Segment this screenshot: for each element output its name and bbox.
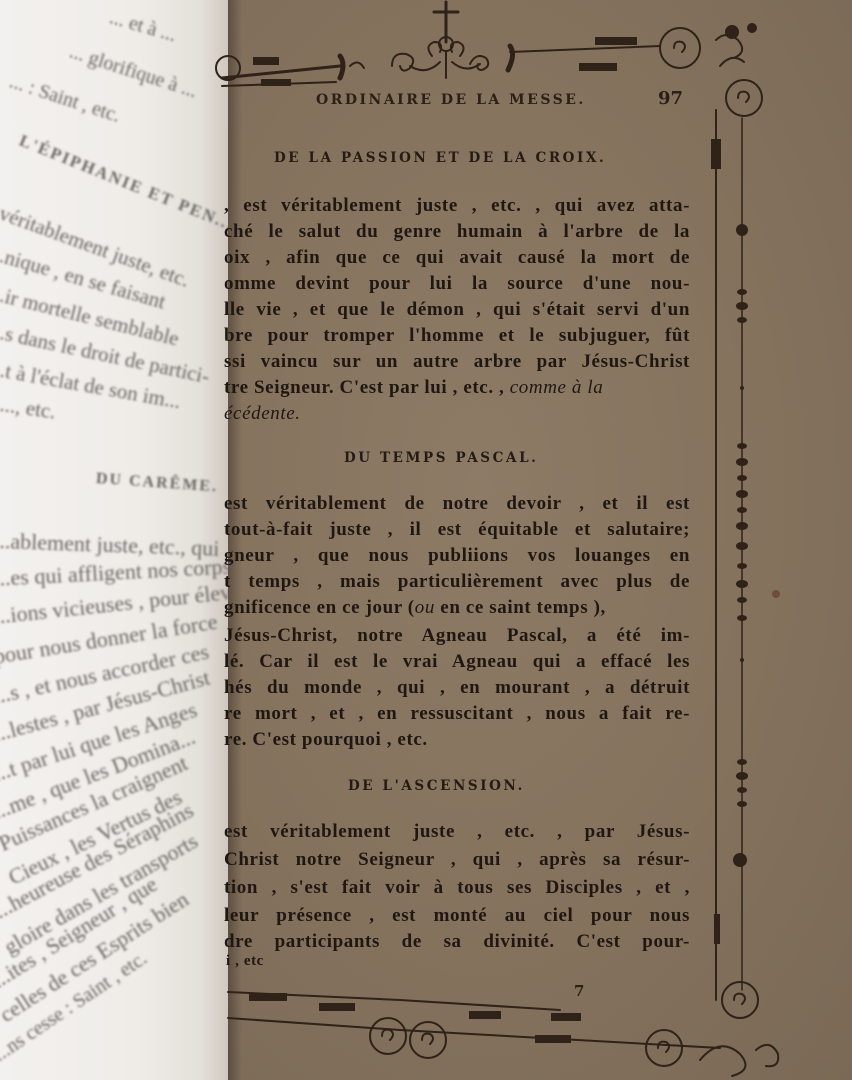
- text-line: ssi vaincu sur un autre arbre par Jésus-…: [224, 352, 690, 371]
- section-title-ascension: DE L'ASCENSION.: [348, 778, 525, 794]
- italic-fragment: comme à la: [510, 377, 604, 398]
- text-line: gnificence en ce jour (ou en ce saint te…: [224, 598, 690, 617]
- text-line: leur présence , est monté au ciel pour n…: [224, 906, 690, 925]
- text-fragment: en ce saint temps ),: [435, 597, 606, 618]
- text-line: tion , s'est fait voir à tous ses Discip…: [224, 878, 690, 897]
- text-line: tre Seigneur. C'est par lui , etc. , com…: [224, 378, 690, 397]
- section-title-passion: DE LA PASSION ET DE LA CROIX.: [274, 150, 606, 166]
- text-line: tout-à-fait juste , il est équitable et …: [224, 520, 690, 539]
- text-line: , est véritablement juste , etc. , qui a…: [224, 196, 690, 215]
- text-line: lé. Car il est le vrai Agneau qui a effa…: [224, 652, 690, 671]
- italic-fragment: écédente.: [224, 403, 301, 424]
- text-line: re. C'est pourquoi , etc.: [224, 730, 690, 749]
- text-line: re mort , et , en ressuscitant , nous a …: [224, 704, 690, 723]
- text-line: bre pour tromper l'homme et le subjuguer…: [224, 326, 690, 345]
- text-line: écédente.: [224, 404, 690, 423]
- running-head: ORDINAIRE DE LA MESSE.: [316, 92, 586, 108]
- text-line: Christ notre Seigneur , qui , après sa r…: [224, 850, 690, 869]
- italic-fragment: ou: [415, 597, 435, 618]
- section-title-temps-pascal: DU TEMPS PASCAL.: [344, 450, 538, 466]
- signature-mark: 7: [574, 982, 584, 1000]
- text-line: Jésus-Christ, notre Agneau Pascal, a été…: [224, 626, 690, 645]
- text-line: gneur , que nous publiions vos louanges …: [224, 546, 690, 565]
- text-line: oix , afin que ce qui avait causé la mor…: [224, 248, 690, 267]
- text-line: lle vie , et que le démon , qui s'était …: [224, 300, 690, 319]
- text-line: i , etc: [226, 952, 692, 971]
- text-fragment: tre Seigneur. C'est par lui , etc. ,: [224, 377, 504, 398]
- text-line: est véritablement de notre devoir , et i…: [224, 494, 690, 513]
- text-line: omme devint pour lui la source d'une nou…: [224, 274, 690, 293]
- text-line: est véritablement juste , etc. , par Jés…: [224, 822, 690, 841]
- page-number: 97: [658, 88, 683, 109]
- text-line: ché le salut du genre humain à l'arbre d…: [224, 222, 690, 241]
- text-line: hés du monde , qui , en mourant , a détr…: [224, 678, 690, 697]
- text-line: dre participants de sa divinité. C'est p…: [224, 932, 690, 951]
- text-line: t temps , mais particulièrement avec plu…: [224, 572, 690, 591]
- text-fragment: gnificence en ce jour (: [224, 597, 415, 618]
